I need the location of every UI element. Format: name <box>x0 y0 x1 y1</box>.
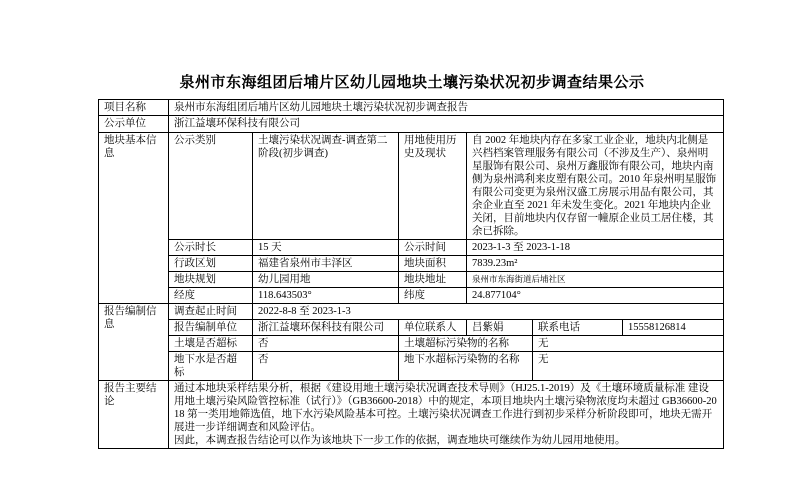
row-plot-planning: 地块规划 幼儿园用地 地块地址 泉州市东海街道后埔社区 <box>99 272 724 288</box>
publicity-duration-label: 公示时长 <box>169 240 253 256</box>
conclusion-paragraph-2: 因此，本调查报告结论可以作为该地块下一步工作的依据，调查地块可继续作为幼儿园用地… <box>174 434 718 447</box>
conclusion-paragraph-1: 通过本地块采样结果分析，根据《建设用地土壤污染状况调查技术导则》（HJ25.1-… <box>174 382 718 434</box>
admin-region-label: 行政区划 <box>169 256 253 272</box>
publicity-type-value: 土壤污染状况调查-调查第二阶段(初步调查) <box>253 133 399 240</box>
row-conclusion: 报告主要结论 通过本地块采样结果分析，根据《建设用地土壤污染状况调查技术导则》（… <box>99 381 724 449</box>
row-coordinates: 经度 118.643503° 纬度 24.877104° <box>99 288 724 304</box>
document-page: 泉州市东海组团后埔片区幼儿园地块土壤污染状况初步调查结果公示 项目名称 泉州市东… <box>0 0 800 500</box>
groundwater-exceed-value: 否 <box>253 352 399 381</box>
contact-phone-value: 15558126814 <box>623 320 724 336</box>
plot-address-label: 地块地址 <box>399 272 467 288</box>
publicity-unit-label: 公示单位 <box>99 116 169 133</box>
row-publicity-unit: 公示单位 浙江益壤环保科技有限公司 <box>99 116 724 133</box>
longitude-label: 经度 <box>169 288 253 304</box>
soil-pollutants-label: 土壤超标污染物的名称 <box>399 336 533 352</box>
groundwater-pollutants-label: 地下水超标污染物的名称 <box>399 352 533 381</box>
row-report-unit: 报告编制单位 浙江益壤环保科技有限公司 单位联系人 吕紫娟 联系电话 15558… <box>99 320 724 336</box>
contact-person-value: 吕紫娟 <box>467 320 533 336</box>
report-unit-value: 浙江益壤环保科技有限公司 <box>253 320 399 336</box>
contact-phone-label: 联系电话 <box>533 320 623 336</box>
soil-pollutants-value: 无 <box>533 336 724 352</box>
row-publicity-type: 地块基本信息 公示类别 土壤污染状况调查-调查第二阶段(初步调查) 用地使用历史… <box>99 133 724 240</box>
longitude-value: 118.643503° <box>253 288 399 304</box>
notice-table: 项目名称 泉州市东海组团后埔片区幼儿园地块土壤污染状况初步调查报告 公示单位 浙… <box>98 99 724 449</box>
row-soil-exceed: 土壤是否超标 否 土壤超标污染物的名称 无 <box>99 336 724 352</box>
project-name-label: 项目名称 <box>99 100 169 116</box>
row-admin-region: 行政区划 福建省泉州市丰泽区 地块面积 7839.23m² <box>99 256 724 272</box>
contact-person-label: 单位联系人 <box>399 320 467 336</box>
report-info-section-label: 报告编制信息 <box>99 304 169 381</box>
soil-exceed-label: 土壤是否超标 <box>169 336 253 352</box>
plot-planning-value: 幼儿园用地 <box>253 272 399 288</box>
basic-info-section-label: 地块基本信息 <box>99 133 169 304</box>
publicity-unit-value: 浙江益壤环保科技有限公司 <box>169 116 724 133</box>
publicity-type-label: 公示类别 <box>169 133 253 240</box>
row-project-name: 项目名称 泉州市东海组团后埔片区幼儿园地块土壤污染状况初步调查报告 <box>99 100 724 116</box>
project-name-value: 泉州市东海组团后埔片区幼儿园地块土壤污染状况初步调查报告 <box>169 100 724 116</box>
plot-planning-label: 地块规划 <box>169 272 253 288</box>
report-unit-label: 报告编制单位 <box>169 320 253 336</box>
row-publicity-duration: 公示时长 15 天 公示时间 2023-1-3 至 2023-1-18 <box>99 240 724 256</box>
publicity-duration-value: 15 天 <box>253 240 399 256</box>
publicity-time-value: 2023-1-3 至 2023-1-18 <box>467 240 724 256</box>
latitude-label: 纬度 <box>399 288 467 304</box>
soil-exceed-value: 否 <box>253 336 399 352</box>
land-use-history-value: 自 2002 年地块内存在多家工业企业，地块内北侧是兴档档案管理服务有限公司（不… <box>467 133 724 240</box>
groundwater-exceed-label: 地下水是否超标 <box>169 352 253 381</box>
conclusion-value: 通过本地块采样结果分析，根据《建设用地土壤污染状况调查技术导则》（HJ25.1-… <box>169 381 724 449</box>
plot-area-value: 7839.23m² <box>467 256 724 272</box>
land-use-history-label: 用地使用历史及现状 <box>399 133 467 240</box>
admin-region-value: 福建省泉州市丰泽区 <box>253 256 399 272</box>
latitude-value: 24.877104° <box>467 288 724 304</box>
groundwater-pollutants-value: 无 <box>533 352 724 381</box>
survey-period-value: 2022-8-8 至 2023-1-3 <box>253 304 724 320</box>
plot-address-value: 泉州市东海街道后埔社区 <box>467 272 724 288</box>
plot-area-label: 地块面积 <box>399 256 467 272</box>
document-title: 泉州市东海组团后埔片区幼儿园地块土壤污染状况初步调查结果公示 <box>98 74 726 92</box>
survey-period-label: 调查起止时间 <box>169 304 253 320</box>
notice-document: 泉州市东海组团后埔片区幼儿园地块土壤污染状况初步调查结果公示 项目名称 泉州市东… <box>98 74 726 449</box>
row-survey-period: 报告编制信息 调查起止时间 2022-8-8 至 2023-1-3 <box>99 304 724 320</box>
publicity-time-label: 公示时间 <box>399 240 467 256</box>
conclusion-label: 报告主要结论 <box>99 381 169 449</box>
row-groundwater-exceed: 地下水是否超标 否 地下水超标污染物的名称 无 <box>99 352 724 381</box>
